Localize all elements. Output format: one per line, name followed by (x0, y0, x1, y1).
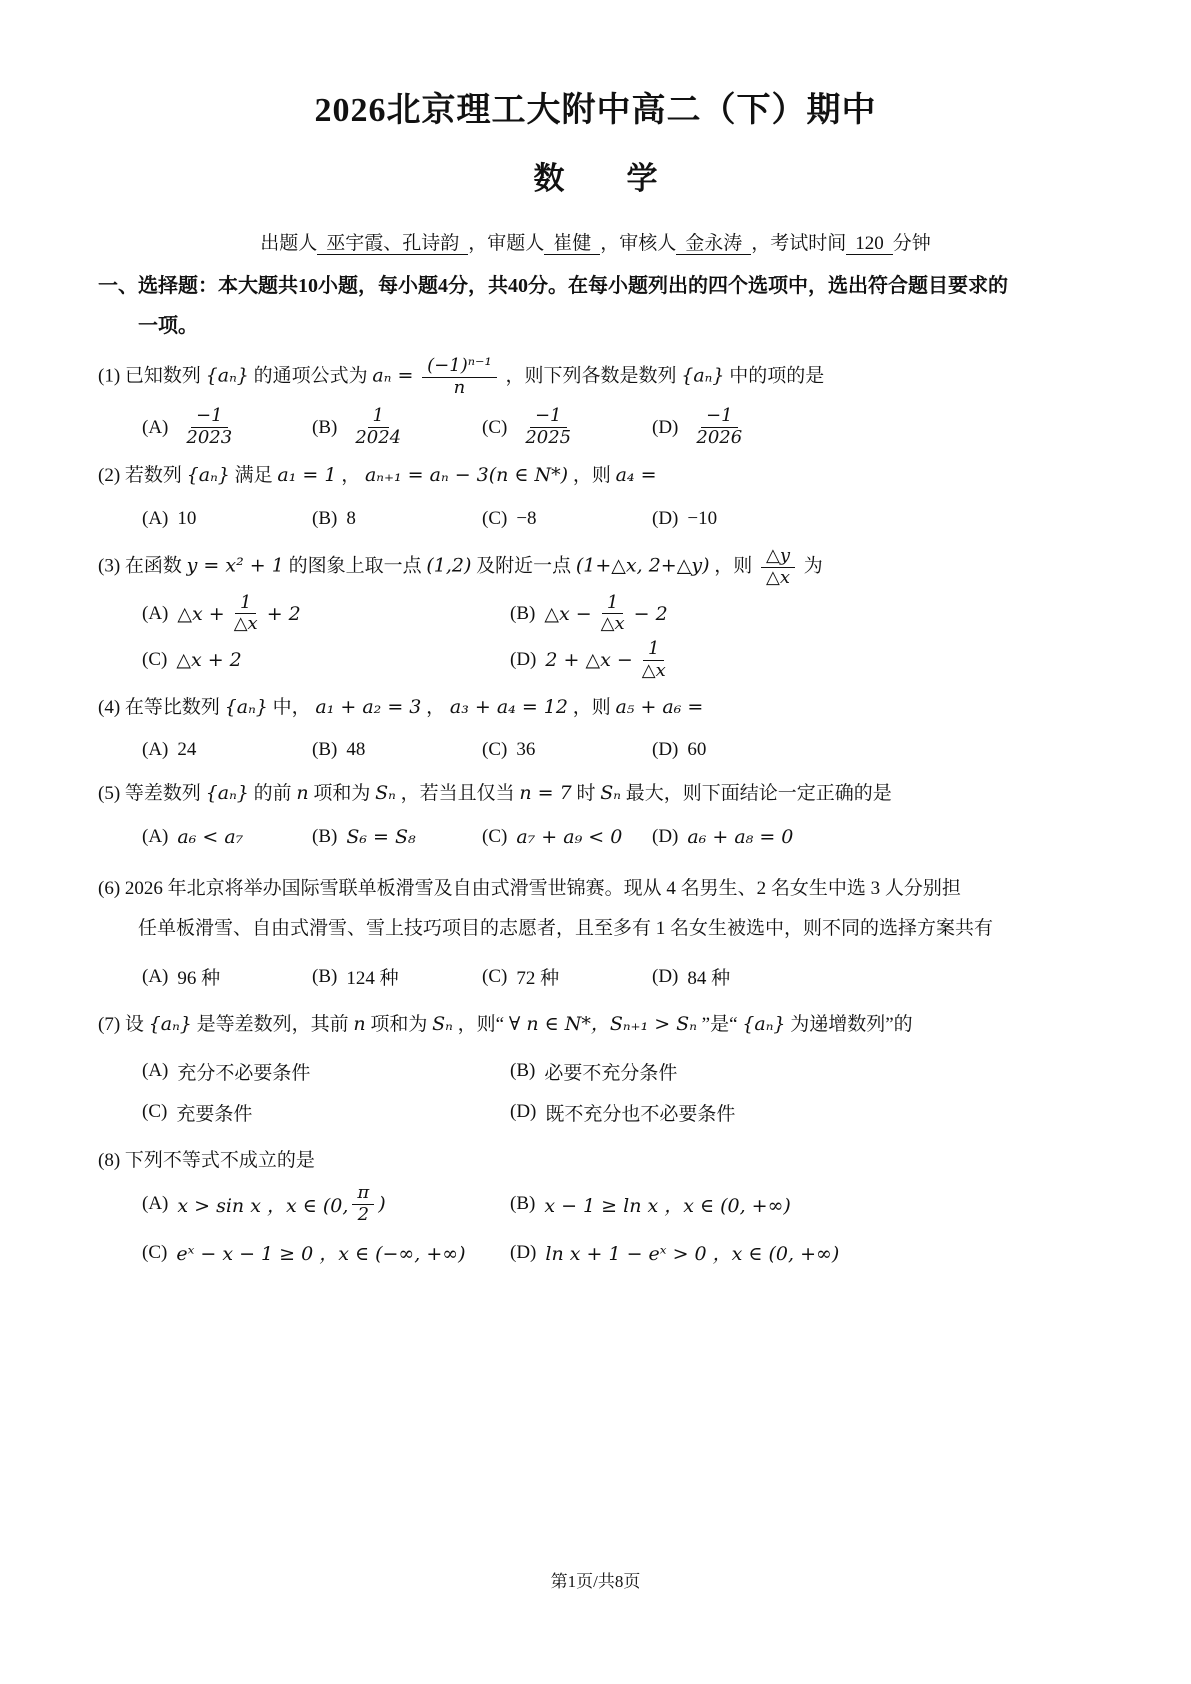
option-value: −8 (516, 508, 536, 530)
fraction: −12026 (691, 406, 747, 448)
question-7-option-b: (B)必要不充分条件 (510, 1058, 677, 1085)
option-label: (A) (142, 966, 168, 988)
option-value: 96 种 (177, 963, 220, 990)
question-3-stem: (3) 在函数 y = x² + 1 的图象上取一点 (1,2) 及附近一点 (… (98, 546, 1093, 588)
fraction: (−1)ⁿ⁻¹n (422, 356, 497, 398)
question-3-option-a: (A)△x +1△x+ 2 (142, 593, 510, 635)
question-1-option-a: (A)−12023 (142, 406, 312, 448)
option-value: a₆ + a₈ = 0 (687, 826, 793, 848)
math-run: {aₙ} (681, 365, 724, 387)
text-run: 时 (576, 783, 595, 804)
option-label: (A) (142, 1193, 168, 1215)
question-2-option-b: (B)8 (312, 508, 482, 530)
option-label: (C) (482, 966, 507, 988)
text-run: (5) 等差数列 (98, 783, 201, 804)
question-5-option-b: (B)S₆ = S₈ (312, 826, 482, 848)
math-run: △x − (544, 603, 591, 625)
fraction-denominator: △x (229, 614, 263, 635)
option-label: (B) (312, 966, 337, 988)
math-run: n (353, 1013, 365, 1035)
text-run: 最大，则下面结论一定正确的是 (626, 783, 892, 804)
math-run: a₃ + a₄ = 12 (450, 696, 568, 718)
math-run: 2 + △x − (545, 649, 632, 671)
option-label: (A) (142, 826, 168, 848)
text-run: (7) 设 (98, 1014, 144, 1035)
option-value: ln x + 1 − eˣ > 0 ，x ∈ (0, +∞) (545, 1239, 839, 1266)
option-label: (C) (142, 649, 167, 671)
option-value: a₆ < a₇ (177, 826, 243, 848)
text-run: ， (341, 465, 360, 486)
math-run: aₙ₊₁ = aₙ − 3(n ∈ N*) (365, 464, 568, 486)
text-run: 项和为 (313, 783, 370, 804)
option-label: (D) (652, 508, 678, 530)
math-run: Sₙ (375, 782, 396, 804)
option-label: (A) (142, 508, 168, 530)
option-value: 48 (346, 739, 365, 761)
option-value: 10 (177, 508, 196, 530)
option-label: (C) (482, 417, 507, 439)
question-2-stem: (2) 若数列 {aₙ} 满足 a₁ = 1 ， aₙ₊₁ = aₙ − 3(n… (98, 461, 1093, 490)
option-label: (C) (142, 1242, 167, 1264)
option-label: (C) (482, 508, 507, 530)
question-8-stem: (8) 下列不等式不成立的是 (98, 1146, 1093, 1175)
fraction: −12025 (520, 406, 576, 448)
option-label: (C) (482, 826, 507, 848)
option-value: 8 (346, 508, 356, 530)
fraction: △y△x (761, 546, 795, 588)
question-5-option-c: (C)a₇ + a₉ < 0 (482, 826, 652, 848)
question-3-option-d: (D)2 + △x −1△x (510, 639, 675, 681)
option-label: (A) (142, 1060, 168, 1082)
option-label: (B) (312, 417, 337, 439)
fraction-denominator: 2023 (181, 428, 237, 449)
question-3-option-b: (B)△x −1△x− 2 (510, 593, 668, 635)
option-value: eˣ − x − 1 ≥ 0 ，x ∈ (−∞, +∞) (176, 1239, 465, 1266)
fraction: 1△x (229, 593, 263, 635)
option-value: 72 种 (516, 963, 559, 990)
math-run: △x + 2 (176, 649, 241, 671)
text-run: ，则 (573, 697, 611, 718)
question-2-options: (A)10 (B)8 (C)−8 (D)−10 (98, 508, 1093, 530)
page-content: 2026北京理工大附中高二（下）期中 数 学 出题人巫宇霞、孔诗韵，审题人崔健，… (0, 0, 1191, 1266)
option-value: 84 种 (687, 963, 730, 990)
option-label: (D) (510, 649, 536, 671)
option-label: (A) (142, 603, 168, 625)
section-header-line1: 一、选择题：本大题共10小题，每小题4分，共40分。在每小题列出的四个选项中，选… (98, 271, 1093, 301)
question-8-option-b: (B)x − 1 ≥ ln x ，x ∈ (0, +∞) (510, 1191, 791, 1218)
text-run: 中的项的是 (729, 366, 824, 387)
text-run: 项和为 (370, 1014, 427, 1035)
question-7-stem: (7) 设 {aₙ} 是等差数列，其前 n 项和为 Sₙ ，则“ ∀ n ∈ N… (98, 1010, 1093, 1039)
page-title: 2026北京理工大附中高二（下）期中 (98, 0, 1093, 131)
text-run: ，则“ (458, 1014, 504, 1035)
text-run: ，若当且仅当 (401, 783, 515, 804)
option-label: (A) (142, 739, 168, 761)
question-2-option-a: (A)10 (142, 508, 312, 530)
question-7-option-a: (A)充分不必要条件 (142, 1058, 510, 1085)
question-1-option-d: (D)−12026 (652, 406, 751, 448)
text-run: ”是“ (702, 1014, 738, 1035)
page-number: 第1页/共8页 (0, 1567, 1191, 1592)
question-8-option-c: (C)eˣ − x − 1 ≥ 0 ，x ∈ (−∞, +∞) (142, 1239, 510, 1266)
option-value: 60 (687, 739, 706, 761)
fraction-denominator: △x (761, 568, 795, 589)
option-value: a₇ + a₉ < 0 (516, 826, 622, 848)
math-run: − 2 (634, 603, 668, 625)
question-3-option-c: (C)△x + 2 (142, 649, 510, 671)
question-4-option-b: (B)48 (312, 739, 482, 761)
math-run: a₁ = 1 (277, 464, 336, 486)
fraction: 1△x (596, 593, 630, 635)
option-label: (D) (510, 1242, 536, 1264)
math-run: a₅ + a₆ = (615, 696, 703, 718)
fraction-denominator: △x (637, 661, 671, 682)
question-6-option-a: (A)96 种 (142, 963, 312, 990)
question-1-option-b: (B)12024 (312, 406, 482, 448)
fraction-denominator: 2 (353, 1205, 374, 1226)
question-4-options: (A)24 (B)48 (C)36 (D)60 (98, 739, 1093, 761)
fraction-denominator: 2026 (691, 428, 747, 449)
auditor-name: 金永涛 (676, 233, 751, 255)
question-6-stem-line1: (6) 2026 年北京将举办国际雪联单板滑雪及自由式滑雪世锦赛。现从 4 名男… (98, 874, 1093, 903)
math-run: {aₙ} (742, 1013, 785, 1035)
option-label: (B) (312, 508, 337, 530)
option-value: 充分不必要条件 (177, 1058, 310, 1085)
question-8-option-a: (A)x > sin x ，x ∈ (0,π2) (142, 1183, 510, 1225)
fraction-denominator: 2025 (520, 428, 576, 449)
fraction: π2 (352, 1183, 374, 1225)
option-label: (D) (652, 417, 678, 439)
question-5-option-d: (D)a₆ + a₈ = 0 (652, 826, 793, 848)
fraction-numerator: −1 (530, 406, 567, 428)
question-4-option-d: (D)60 (652, 739, 706, 761)
text-run: 的前 (254, 783, 292, 804)
option-value: 充要条件 (176, 1099, 252, 1126)
math-run: ) (378, 1193, 385, 1215)
text-run: (4) 在等比数列 (98, 697, 220, 718)
question-7-options-row1: (A)充分不必要条件 (B)必要不充分条件 (98, 1058, 1093, 1085)
option-value: −10 (687, 508, 717, 530)
option-label: (D) (510, 1101, 536, 1123)
option-label: (C) (142, 1101, 167, 1123)
setter-names: 巫宇霞、孔诗韵 (317, 233, 468, 255)
fraction-numerator: −1 (191, 406, 228, 428)
question-4-option-a: (A)24 (142, 739, 312, 761)
text-run: 的通项公式为 (254, 366, 368, 387)
question-7-option-d: (D)既不充分也不必要条件 (510, 1099, 735, 1126)
question-8-options-row2: (C)eˣ − x − 1 ≥ 0 ，x ∈ (−∞, +∞) (D)ln x … (98, 1239, 1093, 1266)
option-label: (B) (312, 826, 337, 848)
text-run: 是等差数列，其前 (197, 1014, 349, 1035)
option-label: (B) (510, 1193, 535, 1215)
fraction-denominator: △x (596, 614, 630, 635)
fraction-numerator: 1 (602, 593, 623, 615)
math-run: x > sin x ，x ∈ (0, (177, 1191, 348, 1218)
option-value: 36 (516, 739, 535, 761)
question-2-option-c: (C)−8 (482, 508, 652, 530)
option-label: (D) (652, 826, 678, 848)
math-run: {aₙ} (206, 365, 249, 387)
exam-paper-page: 2026北京理工大附中高二（下）期中 数 学 出题人巫宇霞、孔诗韵，审题人崔健，… (0, 0, 1191, 1684)
math-run: a₁ + a₂ = 3 (315, 696, 421, 718)
math-run: △x + (177, 603, 224, 625)
question-3-options-row2: (C)△x + 2 (D)2 + △x −1△x (98, 639, 1093, 681)
text-run: 满足 (235, 465, 273, 486)
math-run: {aₙ} (187, 464, 230, 486)
fraction-numerator: △y (761, 546, 795, 568)
question-4-stem: (4) 在等比数列 {aₙ} 中， a₁ + a₂ = 3 ， a₃ + a₄ … (98, 693, 1093, 722)
question-2-option-d: (D)−10 (652, 508, 717, 530)
meta-label: ，审题人 (468, 233, 544, 254)
math-run: ∀ n ∈ N*，Sₙ₊₁ > Sₙ (509, 1013, 697, 1035)
text-run: ，则 (714, 556, 752, 577)
option-label: (B) (510, 1060, 535, 1082)
math-run: y = x² + 1 (187, 555, 284, 577)
text-run: 为递增数列”的 (790, 1014, 912, 1035)
option-label: (D) (652, 966, 678, 988)
math-run: n = 7 (519, 782, 571, 804)
option-value: 124 种 (346, 963, 398, 990)
question-1-stem: (1) 已知数列 {aₙ} 的通项公式为 aₙ = (−1)ⁿ⁻¹n ，则下列各… (98, 356, 1093, 398)
option-label: (B) (510, 603, 535, 625)
fraction-numerator: (−1)ⁿ⁻¹ (422, 356, 497, 378)
fraction: 12024 (350, 406, 406, 448)
question-6-option-c: (C)72 种 (482, 963, 652, 990)
exam-duration: 120 (846, 233, 893, 255)
meta-label: 出题人 (260, 233, 317, 254)
option-value: x − 1 ≥ ln x ，x ∈ (0, +∞) (544, 1191, 791, 1218)
question-5-options: (A)a₆ < a₇ (B)S₆ = S₈ (C)a₇ + a₉ < 0 (D)… (98, 826, 1093, 848)
question-5-stem: (5) 等差数列 {aₙ} 的前 n 项和为 Sₙ ，若当且仅当 n = 7 时… (98, 779, 1093, 808)
fraction-numerator: 1 (235, 593, 256, 615)
option-value: 24 (177, 739, 196, 761)
text-run: (3) 在函数 (98, 556, 182, 577)
math-run: Sₙ (432, 1013, 453, 1035)
option-label: (D) (652, 739, 678, 761)
text-run: 及附近一点 (476, 556, 571, 577)
fraction-denominator: n (449, 378, 471, 399)
reviewer-name: 崔健 (544, 233, 600, 255)
option-value: 既不充分也不必要条件 (545, 1099, 735, 1126)
question-5-option-a: (A)a₆ < a₇ (142, 826, 312, 848)
text-run: 为 (804, 556, 823, 577)
option-label: (A) (142, 417, 168, 439)
math-run: aₙ = (372, 365, 413, 387)
meta-label: 分钟 (893, 233, 931, 254)
fraction-numerator: π (352, 1183, 374, 1205)
exam-meta: 出题人巫宇霞、孔诗韵，审题人崔健，审核人金永涛，考试时间120分钟 (98, 228, 1093, 255)
meta-label: ，审核人 (600, 233, 676, 254)
question-8-options-row1: (A)x > sin x ，x ∈ (0,π2) (B)x − 1 ≥ ln x… (98, 1183, 1093, 1225)
math-run: {aₙ} (149, 1013, 192, 1035)
question-1-options: (A)−12023 (B)12024 (C)−12025 (D)−12026 (98, 406, 1093, 448)
fraction-numerator: 1 (368, 406, 389, 428)
question-7-options-row2: (C)充要条件 (D)既不充分也不必要条件 (98, 1099, 1093, 1126)
option-value: S₆ = S₈ (346, 826, 415, 848)
option-label: (C) (482, 739, 507, 761)
math-run: {aₙ} (206, 782, 249, 804)
math-run: Sₙ (600, 782, 621, 804)
math-run: (1+△x, 2+△y) (576, 555, 710, 577)
math-run: + 2 (267, 603, 301, 625)
question-3-options-row1: (A)△x +1△x+ 2 (B)△x −1△x− 2 (98, 593, 1093, 635)
text-run: ，则 (573, 465, 611, 486)
question-4-option-c: (C)36 (482, 739, 652, 761)
fraction-numerator: −1 (701, 406, 738, 428)
fraction: 1△x (637, 639, 671, 681)
fraction-numerator: 1 (643, 639, 664, 661)
question-6-stem-line2: 任单板滑雪、自由式滑雪、雪上技巧项目的志愿者，且至多有 1 名女生被选中，则不同… (98, 914, 1093, 943)
text-run: (1) 已知数列 (98, 366, 201, 387)
fraction: −12023 (181, 406, 237, 448)
subject-title: 数 学 (98, 153, 1093, 198)
question-6-options: (A)96 种 (B)124 种 (C)72 种 (D)84 种 (98, 963, 1093, 990)
option-label: (B) (312, 739, 337, 761)
question-8-option-d: (D)ln x + 1 − eˣ > 0 ，x ∈ (0, +∞) (510, 1239, 839, 1266)
text-run: ， (426, 697, 445, 718)
text-run: (2) 若数列 (98, 465, 182, 486)
meta-label: ，考试时间 (751, 233, 846, 254)
math-run: n (296, 782, 308, 804)
question-1-option-c: (C)−12025 (482, 406, 652, 448)
text-run: 的图象上取一点 (289, 556, 422, 577)
text-run: 中， (273, 697, 311, 718)
fraction-denominator: 2024 (350, 428, 406, 449)
question-7-option-c: (C)充要条件 (142, 1099, 510, 1126)
math-run: (1,2) (426, 555, 471, 577)
math-run: {aₙ} (225, 696, 268, 718)
question-6-option-b: (B)124 种 (312, 963, 482, 990)
text-run: ，则下列各数是数列 (505, 366, 676, 387)
math-run: a₄ = (616, 464, 657, 486)
section-header-line2: 一项。 (98, 309, 1093, 338)
question-6-option-d: (D)84 种 (652, 963, 730, 990)
option-value: 必要不充分条件 (544, 1058, 677, 1085)
